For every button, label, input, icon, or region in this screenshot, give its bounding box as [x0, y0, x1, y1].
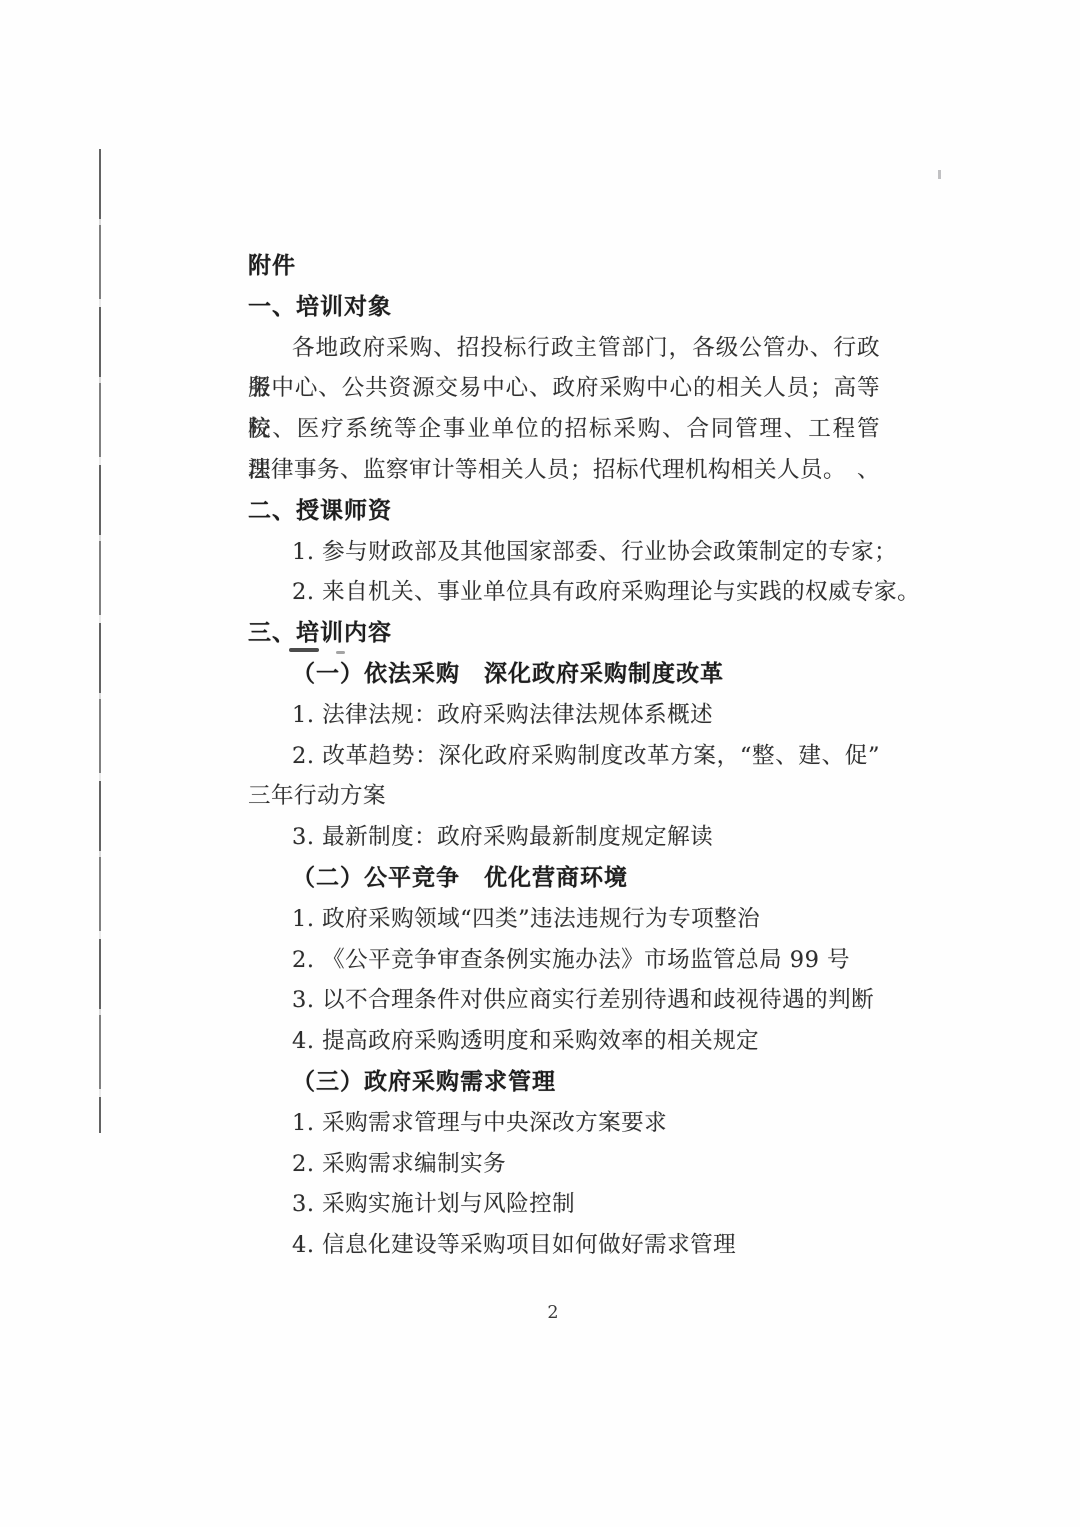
scanned-document-page: 附件 一、培训对象 各地政府采购、招投标行政主管部门，各级公管办、行政服 务中心… — [0, 0, 1080, 1527]
page-number: 2 — [547, 1303, 558, 1323]
list-item: 1. 政府采购领域“四类”违法违规行为专项整治 — [248, 899, 880, 940]
paragraph-line: 法律事务、监察审计等相关人员；招标代理机构相关人员。 — [248, 450, 880, 491]
list-item: 3. 最新制度：政府采购最新制度规定解读 — [248, 817, 880, 858]
list-item: 2. 来自机关、事业单位具有政府采购理论与实践的权威专家。 — [248, 572, 880, 613]
list-item: 2. 改革趋势：深化政府采购制度改革方案，“整、建、促” — [248, 736, 880, 777]
list-item: 3. 采购实施计划与风险控制 — [248, 1184, 880, 1225]
list-item: 1. 参与财政部及其他国家部委、行业协会政策制定的专家； — [248, 532, 880, 573]
subsection-3-heading: （三）政府采购需求管理 — [248, 1062, 880, 1103]
attachment-label: 附件 — [248, 246, 880, 287]
list-item: 4. 提高政府采购透明度和采购效率的相关规定 — [248, 1021, 880, 1062]
list-item: 2. 采购需求编制实务 — [248, 1144, 880, 1185]
list-item-continuation: 三年行动方案 — [248, 776, 880, 817]
subsection-1-heading: （一）依法采购 深化政府采购制度改革 — [248, 654, 880, 695]
paragraph-line: 各地政府采购、招投标行政主管部门，各级公管办、行政服 — [248, 328, 880, 369]
scan-artifact-vertical-line — [99, 149, 101, 1133]
section-1-heading: 一、培训对象 — [248, 287, 880, 328]
section-2-heading: 二、授课师资 — [248, 491, 880, 532]
scan-artifact-speck — [938, 170, 941, 179]
document-body: 附件 一、培训对象 各地政府采购、招投标行政主管部门，各级公管办、行政服 务中心… — [248, 246, 880, 1266]
list-item: 2. 《公平竞争审查条例实施办法》市场监管总局 99 号 — [248, 940, 880, 981]
list-item: 1. 法律法规：政府采购法律法规体系概述 — [248, 695, 880, 736]
paragraph-line: 校、医疗系统等企事业单位的招标采购、合同管理、工程管理、 — [248, 409, 880, 450]
subsection-2-heading: （二）公平竞争 优化营商环境 — [248, 858, 880, 899]
paragraph-line: 务中心、公共资源交易中心、政府采购中心的相关人员；高等院 — [248, 368, 880, 409]
section-3-heading: 三、培训内容 — [248, 613, 880, 654]
list-item: 4. 信息化建设等采购项目如何做好需求管理 — [248, 1225, 880, 1266]
list-item: 3. 以不合理条件对供应商实行差别待遇和歧视待遇的判断 — [248, 980, 880, 1021]
list-item: 1. 采购需求管理与中央深改方案要求 — [248, 1103, 880, 1144]
